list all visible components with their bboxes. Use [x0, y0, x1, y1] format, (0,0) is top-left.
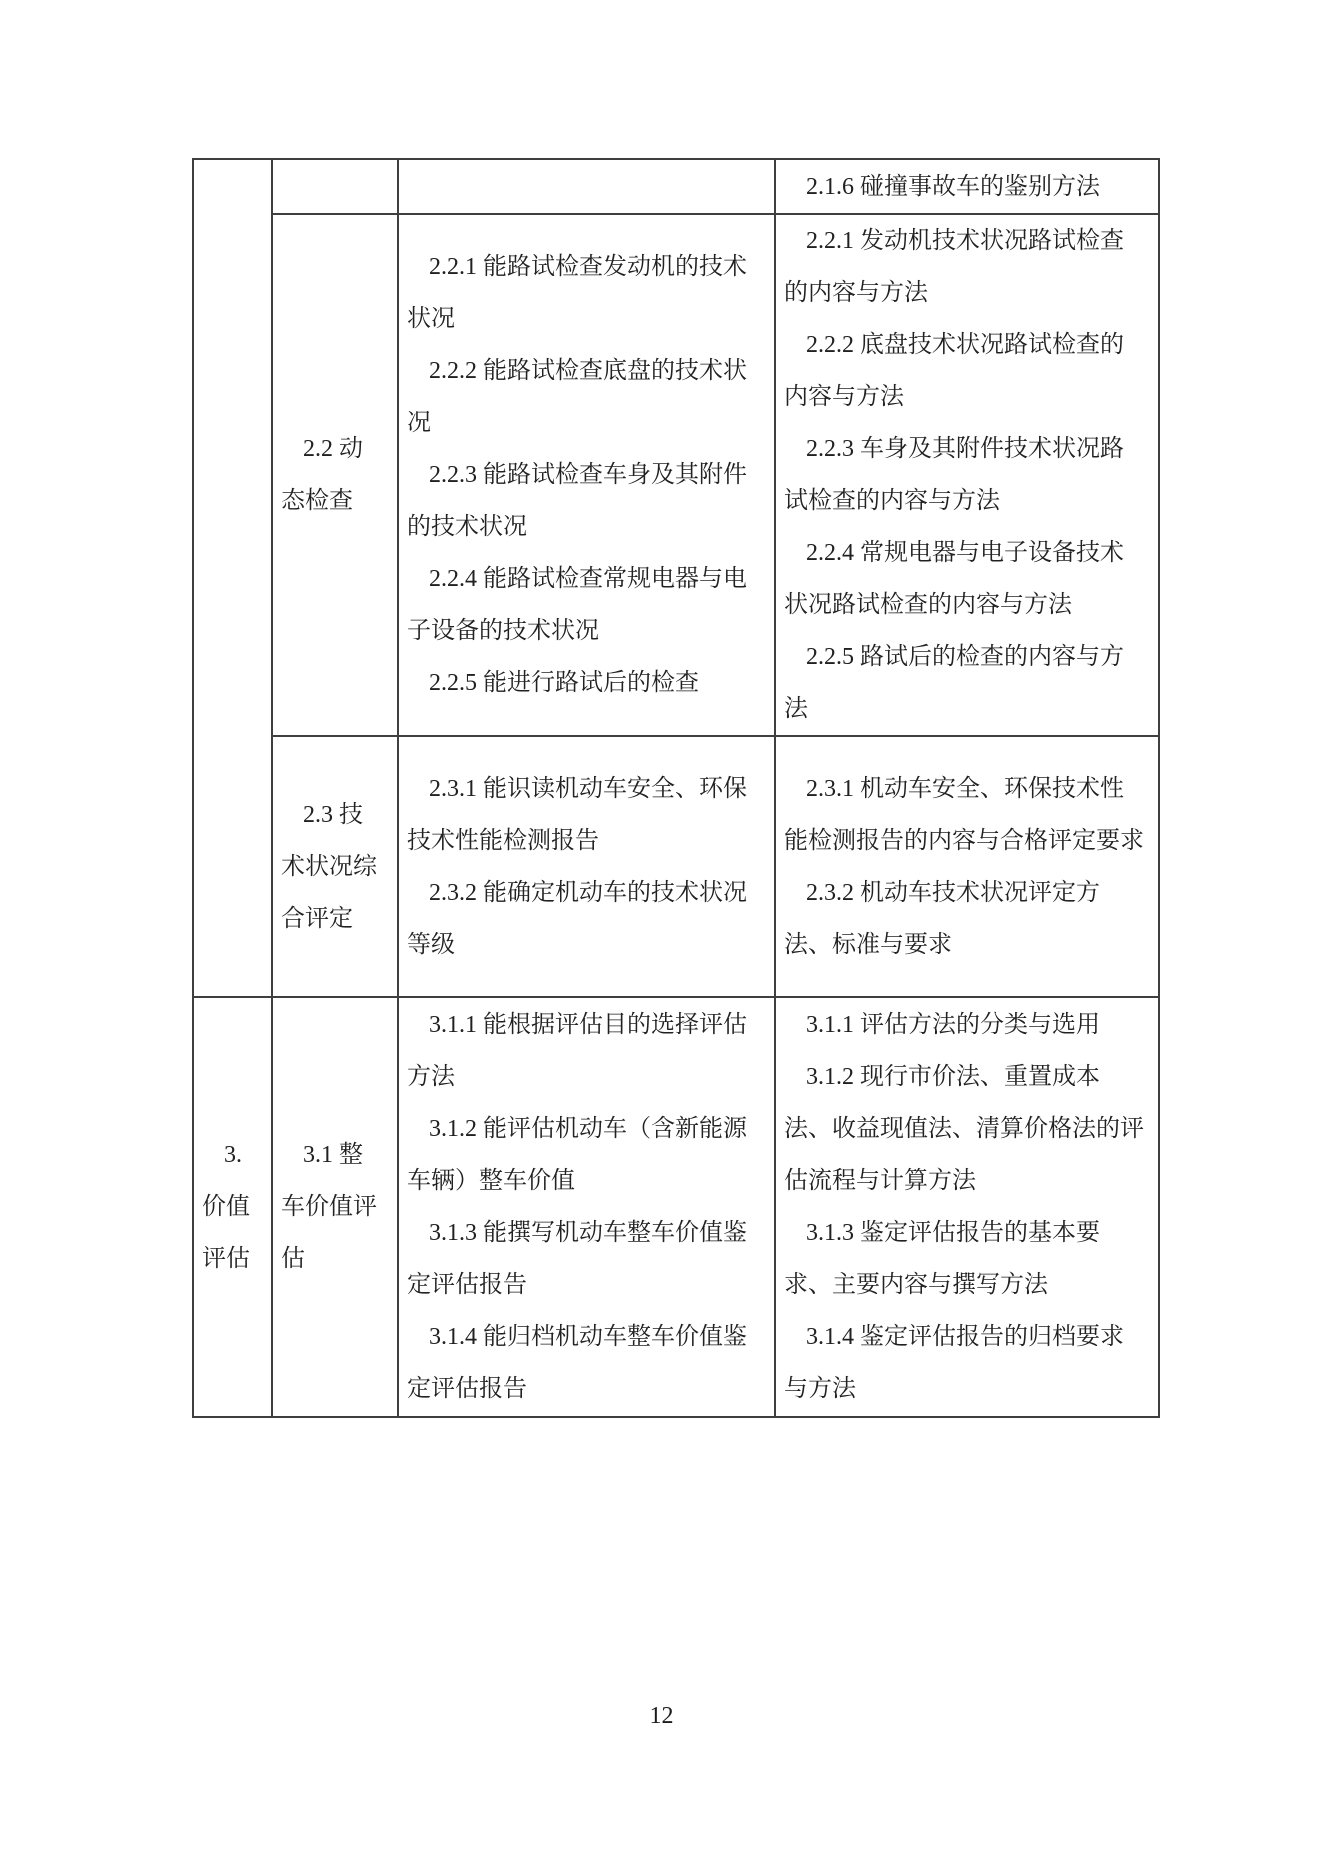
table-row: 2.3 技术状况综合评定 2.3.1 能识读机动车安全、环保技术性能检测报告 2… [193, 736, 1159, 997]
skill-item: 2.2.5 能进行路试后的检查 [407, 657, 762, 709]
knowledge-item: 2.3.1 机动车安全、环保技术性能检测报告的内容与合格评定要求 [784, 763, 1146, 867]
knowledge-cell: 2.2.1 发动机技术状况路试检查的内容与方法 2.2.2 底盘技术状况路试检查… [775, 214, 1159, 736]
subsection-label: 3.1 整车价值评估 [281, 1129, 385, 1285]
knowledge-cell: 3.1.1 评估方法的分类与选用 3.1.2 现行市价法、重置成本法、收益现值法… [775, 997, 1159, 1417]
knowledge-item: 3.1.1 评估方法的分类与选用 [784, 999, 1146, 1051]
knowledge-item: 2.3.2 机动车技术状况评定方法、标准与要求 [784, 867, 1146, 971]
occupational-skill-table: 2.1.6 碰撞事故车的鉴别方法 2.2 动态检查 2.2.1 能路试检查发动机… [192, 158, 1160, 1418]
skills-cell: 2.2.1 能路试检查发动机的技术状况 2.2.2 能路试检查底盘的技术状况 2… [398, 214, 775, 736]
knowledge-item: 2.2.3 车身及其附件技术状况路试检查的内容与方法 [784, 423, 1146, 527]
subsection-label: 2.3 技术状况综合评定 [281, 789, 385, 945]
subsection-label: 2.2 动态检查 [281, 423, 385, 527]
skill-item: 3.1.2 能评估机动车（含新能源车辆）整车价值 [407, 1103, 762, 1207]
section-cell: 3. 价值评估 [193, 997, 272, 1417]
knowledge-cell: 2.3.1 机动车安全、环保技术性能检测报告的内容与合格评定要求 2.3.2 机… [775, 736, 1159, 997]
skill-item: 2.3.1 能识读机动车安全、环保技术性能检测报告 [407, 763, 762, 867]
skill-item: 2.2.4 能路试检查常规电器与电子设备的技术状况 [407, 553, 762, 657]
skill-item: 3.1.4 能归档机动车整车价值鉴定评估报告 [407, 1311, 762, 1415]
skill-item: 2.2.3 能路试检查车身及其附件的技术状况 [407, 449, 762, 553]
knowledge-item: 2.2.2 底盘技术状况路试检查的内容与方法 [784, 319, 1146, 423]
knowledge-item: 2.1.6 碰撞事故车的鉴别方法 [784, 161, 1146, 213]
subsection-cell: 2.3 技术状况综合评定 [272, 736, 398, 997]
knowledge-item: 2.2.5 路试后的检查的内容与方法 [784, 631, 1146, 735]
skills-cell-empty [398, 159, 775, 214]
skill-item: 2.3.2 能确定机动车的技术状况等级 [407, 867, 762, 971]
section-cell-empty [193, 159, 272, 997]
section-label: 3. 价值评估 [202, 1129, 259, 1285]
subsection-cell: 3.1 整车价值评估 [272, 997, 398, 1417]
knowledge-item: 3.1.2 现行市价法、重置成本法、收益现值法、清算价格法的评估流程与计算方法 [784, 1051, 1146, 1207]
knowledge-item: 2.2.1 发动机技术状况路试检查的内容与方法 [784, 215, 1146, 319]
knowledge-cell: 2.1.6 碰撞事故车的鉴别方法 [775, 159, 1159, 214]
table-row: 2.2 动态检查 2.2.1 能路试检查发动机的技术状况 2.2.2 能路试检查… [193, 214, 1159, 736]
skills-cell: 3.1.1 能根据评估目的选择评估方法 3.1.2 能评估机动车（含新能源车辆）… [398, 997, 775, 1417]
skills-cell: 2.3.1 能识读机动车安全、环保技术性能检测报告 2.3.2 能确定机动车的技… [398, 736, 775, 997]
skill-item: 3.1.3 能撰写机动车整车价值鉴定评估报告 [407, 1207, 762, 1311]
table-row: 2.1.6 碰撞事故车的鉴别方法 [193, 159, 1159, 214]
skill-item: 2.2.2 能路试检查底盘的技术状况 [407, 345, 762, 449]
knowledge-item: 3.1.4 鉴定评估报告的归档要求与方法 [784, 1311, 1146, 1415]
skill-item: 2.2.1 能路试检查发动机的技术状况 [407, 241, 762, 345]
skill-item: 3.1.1 能根据评估目的选择评估方法 [407, 999, 762, 1103]
table-row: 3. 价值评估 3.1 整车价值评估 3.1.1 能根据评估目的选择评估方法 3… [193, 997, 1159, 1417]
knowledge-item: 2.2.4 常规电器与电子设备技术状况路试检查的内容与方法 [784, 527, 1146, 631]
subsection-cell: 2.2 动态检查 [272, 214, 398, 736]
knowledge-item: 3.1.3 鉴定评估报告的基本要求、主要内容与撰写方法 [784, 1207, 1146, 1311]
page-number: 12 [0, 1702, 1323, 1730]
document-page: 2.1.6 碰撞事故车的鉴别方法 2.2 动态检查 2.2.1 能路试检查发动机… [0, 0, 1323, 1871]
subsection-cell-empty [272, 159, 398, 214]
